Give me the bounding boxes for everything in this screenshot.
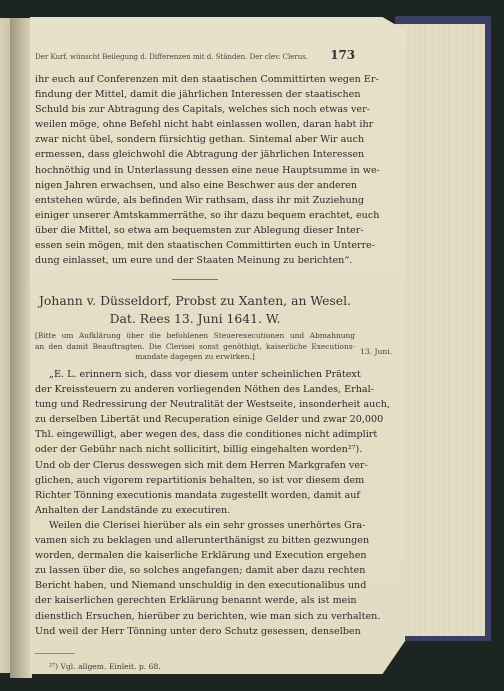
running-head-title: Der Kurf. wünscht Beilegung d. Differenz… xyxy=(35,52,308,61)
summary-line: mandate dagegen zu erwirken.] xyxy=(35,352,355,363)
text-line: tung und Redressirung der Neutralität de… xyxy=(35,397,355,412)
page-number: 173 xyxy=(330,48,355,62)
text-line: hochnöthig und in Unterlassung dessen ei… xyxy=(35,163,355,178)
text-line: Und ob der Clerus desswegen sich mit dem… xyxy=(35,458,355,473)
page-edges-stack xyxy=(395,24,485,636)
text-line: der Kreissteuern zu anderen vorliegenden… xyxy=(35,382,355,397)
text-line: einiger unserer Amtskammerräthe, so ihr … xyxy=(35,208,355,223)
text-line: worden, dermalen die kaiserliche Erkläru… xyxy=(35,548,355,563)
text-line: weilen möge, ohne Befehl nicht habt einl… xyxy=(35,117,355,132)
footnote: ²⁷) Vgl. allgem. Einleit. p. 68. xyxy=(35,662,355,671)
text-line: über die Mittel, so etwa am bequemsten z… xyxy=(35,223,355,238)
paragraph-1: ihr euch auf Conferenzen mit den staatis… xyxy=(35,72,355,268)
text-line: Richter Tönning executionis mandata zuge… xyxy=(35,488,355,503)
text-line: Schuld bis zur Abtragung des Capitals, w… xyxy=(35,102,355,117)
text-line: zu lassen über die, so solches angefange… xyxy=(35,563,355,578)
section-divider xyxy=(172,279,218,280)
text-line: Und weil der Herr Tönning unter dero Sch… xyxy=(35,624,355,639)
text-line: zu derselben Libertät und Recuperation e… xyxy=(35,412,355,427)
text-line: findung der Mittel, damit die jährlichen… xyxy=(35,87,355,102)
text-line: Thl. eingewilligt, aber wegen des, dass … xyxy=(35,427,355,442)
paragraph-3: Weilen die Clerisei hierüber als ein seh… xyxy=(35,518,355,639)
text-line: vamen sich zu beklagen und allerunterthä… xyxy=(35,533,355,548)
text-line: nigen Jahren erwachsen, und also eine Be… xyxy=(35,178,355,193)
text-line: zwar nicht übel, sondern fürsichtig geth… xyxy=(35,132,355,147)
text-line: dung einlasset, um eure und der Staaten … xyxy=(35,253,355,268)
book-gutter xyxy=(10,18,32,678)
text-line: glichen, auch vigorem repartitionis beha… xyxy=(35,473,355,488)
text-line: Weilen die Clerisei hierüber als ein seh… xyxy=(35,518,355,533)
running-head: Der Kurf. wünscht Beilegung d. Differenz… xyxy=(35,48,355,62)
document-heading: Johann v. Düsseldorf, Probst zu Xanten, … xyxy=(35,292,355,328)
text-line: Anhalten der Landstände zu executiren. xyxy=(35,503,355,518)
text-line: entstehen würde, als befinden Wir rathsa… xyxy=(35,193,355,208)
text-line: der kaiserlichen gerechten Erklärung ben… xyxy=(35,593,355,608)
page-content: Der Kurf. wünscht Beilegung d. Differenz… xyxy=(35,48,355,671)
heading-line-2: Dat. Rees 13. Juni 1641. W. xyxy=(35,310,355,328)
margin-date-note: 13. Juni. xyxy=(360,347,392,356)
text-line: ermessen, dass gleichwohl die Abtragung … xyxy=(35,147,355,162)
text-line: Bericht haben, und Niemand unschuldig in… xyxy=(35,578,355,593)
text-line: dienstlich Ersuchen, hierüber zu bericht… xyxy=(35,609,355,624)
paragraph-2: „E. L. erinnern sich, dass vor diesem un… xyxy=(35,367,355,518)
document-summary: [Bitte um Aufklärung über die befohlenen… xyxy=(35,331,355,363)
footnote-divider xyxy=(35,653,75,654)
text-line: ihr euch auf Conferenzen mit den staatis… xyxy=(35,72,355,87)
text-line: „E. L. erinnern sich, dass vor diesem un… xyxy=(35,367,355,382)
text-line: oder der Gebühr nach nicht sollicitirt, … xyxy=(35,442,355,457)
summary-line: an den damit Beauftragten. Die Clerisei … xyxy=(35,342,355,353)
summary-line: [Bitte um Aufklärung über die befohlenen… xyxy=(35,331,355,342)
text-line: essen sein mögen, mit den staatischen Co… xyxy=(35,238,355,253)
heading-line-1: Johann v. Düsseldorf, Probst zu Xanten, … xyxy=(35,292,355,310)
